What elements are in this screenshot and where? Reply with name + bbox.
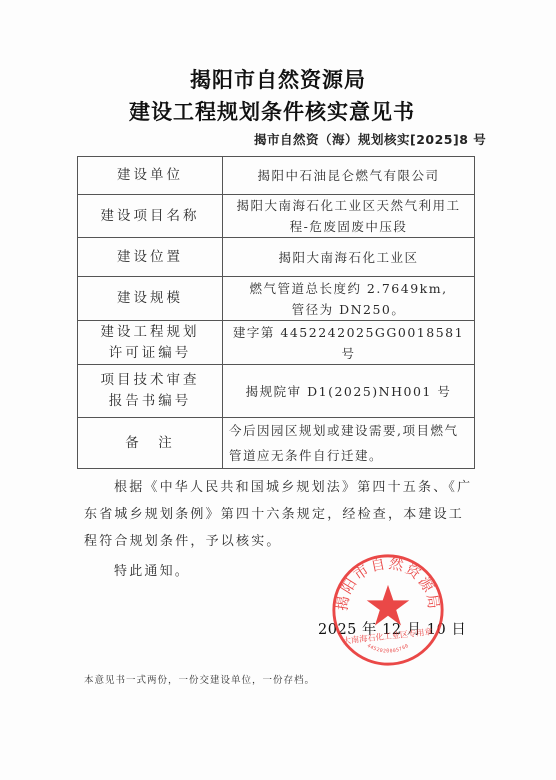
- table-row: 建设单位 揭阳中石油昆仑燃气有限公司: [78, 157, 475, 195]
- value-review-report-number: 揭规院审 D1(2025)NH001 号: [223, 365, 475, 418]
- label-remarks: 备 注: [78, 418, 223, 469]
- seal-inner-text: 大南海石化工业区专用章: [342, 626, 433, 645]
- svg-text:4452020005760: 4452020005760: [366, 643, 410, 655]
- value-construction-unit: 揭阳中石油昆仑燃气有限公司: [223, 157, 475, 195]
- review-label-line-2: 报告书编号: [84, 391, 216, 412]
- info-table: 建设单位 揭阳中石油昆仑燃气有限公司 建设项目名称 揭阳大南海石化工业区天然气利…: [77, 156, 475, 469]
- table-row: 建设项目名称 揭阳大南海石化工业区天然气利用工程-危废固废中压段: [78, 195, 475, 238]
- table-row: 建设工程规划 许可证编号 建字第 4452242025GG0018581 号: [78, 321, 475, 365]
- label-review-report-number: 项目技术审查 报告书编号: [78, 365, 223, 418]
- label-project-name: 建设项目名称: [78, 195, 223, 238]
- scale-line-1: 燃气管道总长度约 2.7649km,: [229, 278, 468, 299]
- table-row: 备 注 今后因园区规划或建设需要,项目燃气管道应无条件自行迁建。: [78, 418, 475, 469]
- permit-label-line-1: 建设工程规划: [84, 322, 216, 343]
- seal-code: 4452020005760: [366, 643, 410, 655]
- value-permit-number: 建字第 4452242025GG0018581 号: [223, 321, 475, 365]
- permit-label-line-2: 许可证编号: [84, 343, 216, 364]
- table-row: 建设规模 燃气管道总长度约 2.7649km, 管径为 DN250。: [78, 277, 475, 321]
- review-label-line-1: 项目技术审查: [84, 370, 216, 391]
- value-remarks: 今后因园区规划或建设需要,项目燃气管道应无条件自行迁建。: [223, 418, 475, 469]
- value-scale: 燃气管道总长度约 2.7649km, 管径为 DN250。: [223, 277, 475, 321]
- issuer-title: 揭阳市自然资源局: [0, 64, 556, 94]
- label-construction-unit: 建设单位: [78, 157, 223, 195]
- value-location: 揭阳大南海石化工业区: [223, 238, 475, 277]
- label-location: 建设位置: [78, 238, 223, 277]
- document-title: 建设工程规划条件核实意见书: [0, 96, 550, 126]
- scale-line-2: 管径为 DN250。: [229, 299, 468, 320]
- label-scale: 建设规模: [78, 277, 223, 321]
- body-paragraph: 根据《中华人民共和国城乡规划法》第四十五条、《广东省城乡规划条例》第四十六条规定…: [84, 474, 474, 555]
- value-project-name: 揭阳大南海石化工业区天然气利用工程-危废固废中压段: [223, 195, 475, 238]
- label-permit-number: 建设工程规划 许可证编号: [78, 321, 223, 365]
- table-row: 建设位置 揭阳大南海石化工业区: [78, 238, 475, 277]
- footer-note: 本意见书一式两份，一份交建设单位，一份存档。: [84, 672, 315, 686]
- document-number: 揭市自然资（海）规划核实[2025]8 号: [254, 130, 486, 148]
- official-seal-icon: 揭阳市自然资源局 大南海石化工业区专用章 4452020005760: [330, 552, 446, 668]
- table-row: 项目技术审查 报告书编号 揭规院审 D1(2025)NH001 号: [78, 365, 475, 418]
